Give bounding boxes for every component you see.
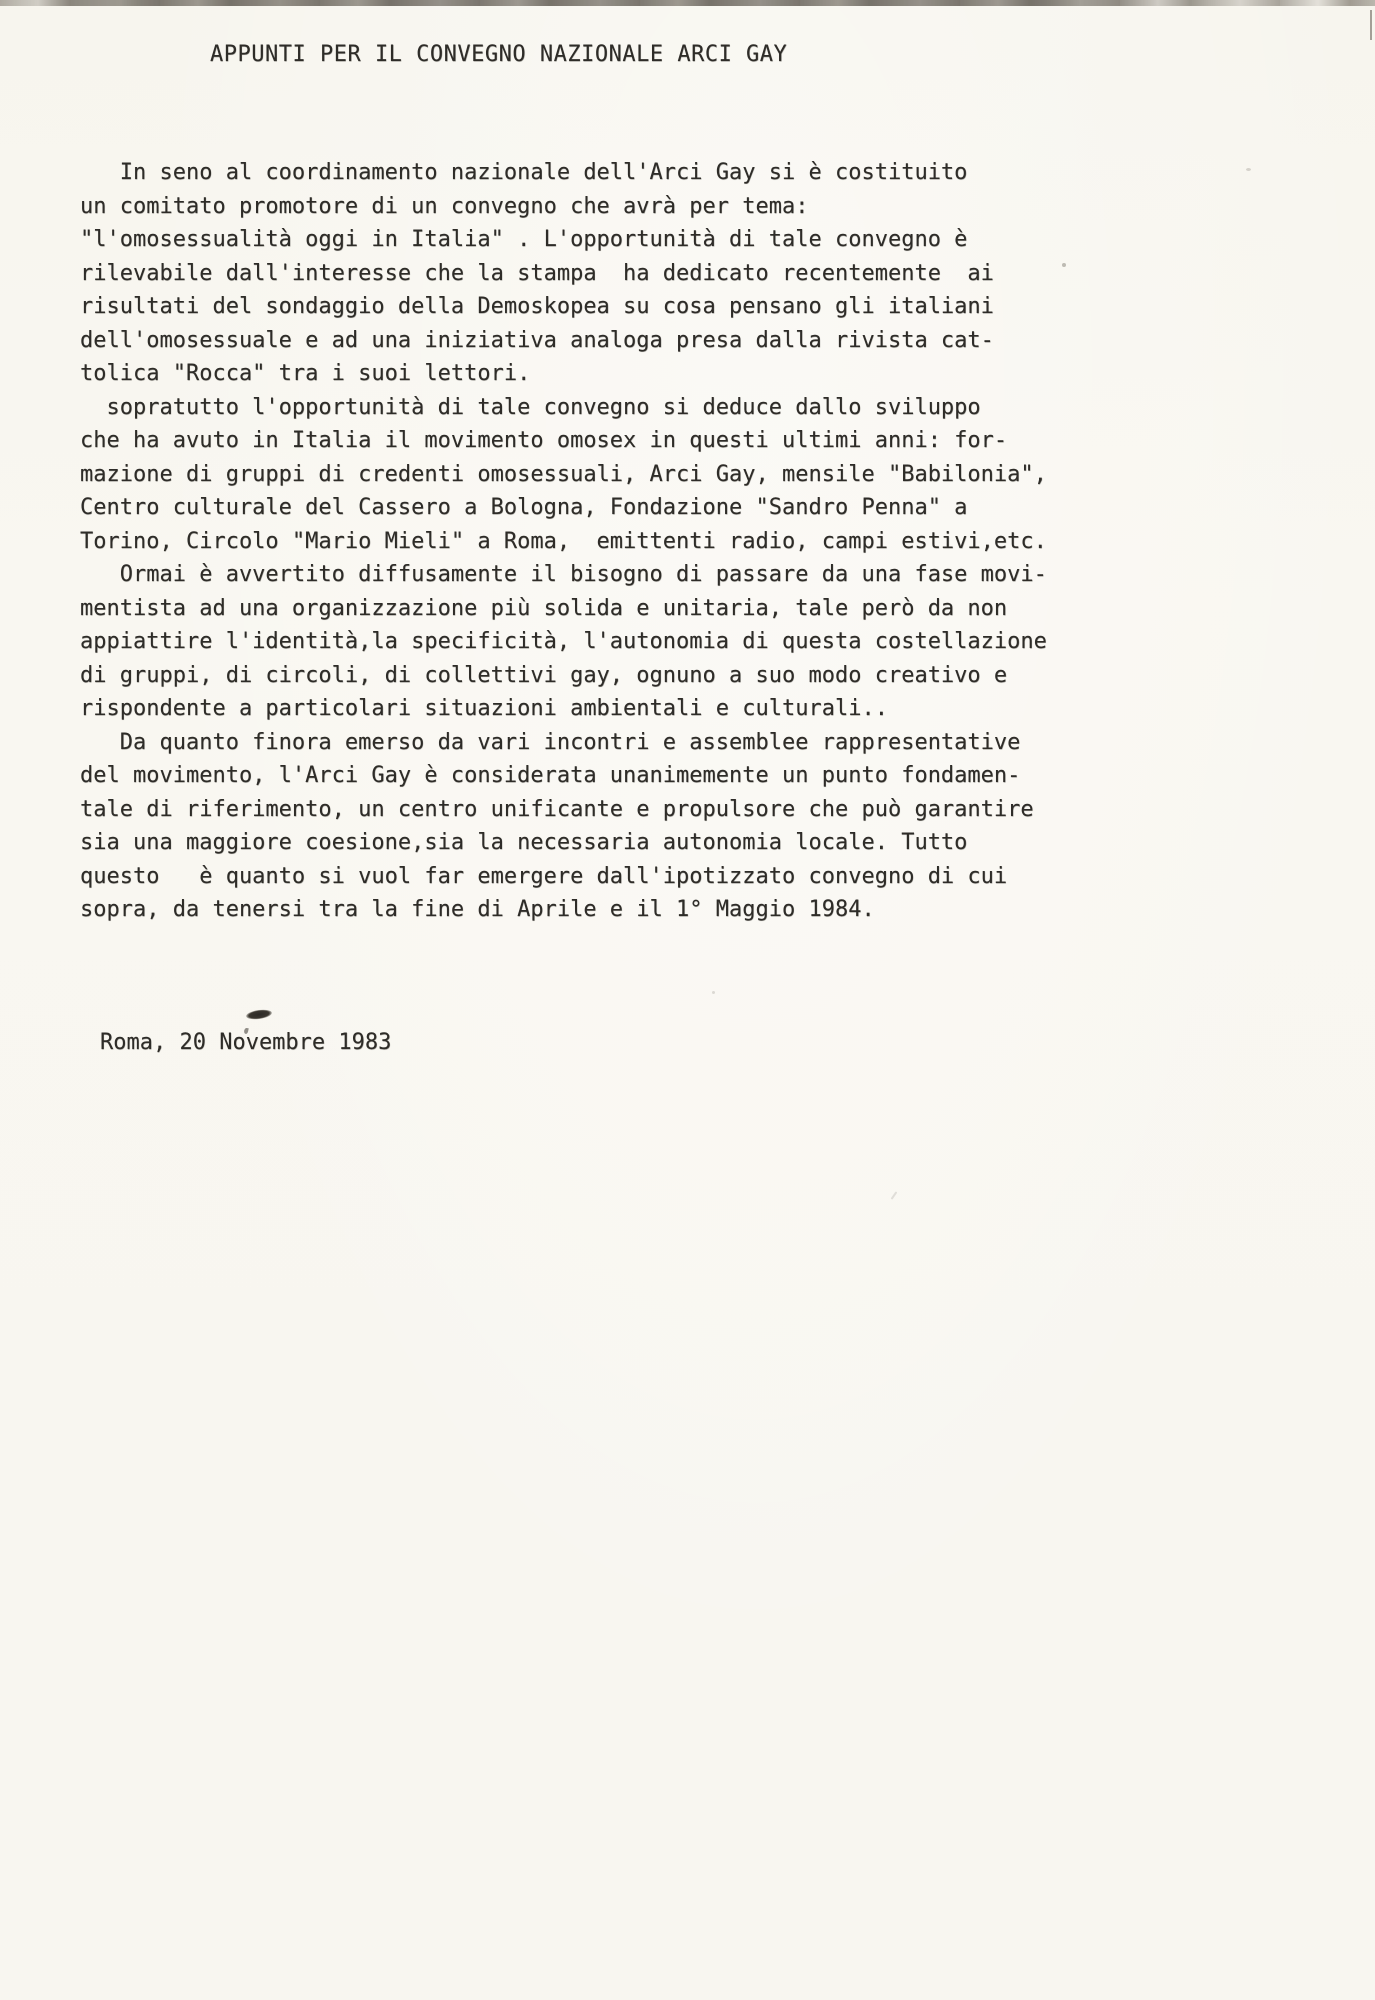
text-line: Torino, Circolo "Mario Mieli" a Roma, em…	[80, 525, 1330, 559]
ink-smudge	[246, 1008, 273, 1021]
text-line: risultati del sondaggio della Demoskopea…	[80, 290, 1330, 324]
text-line: rispondente a particolari situazioni amb…	[80, 692, 1330, 726]
scan-speck	[891, 1191, 898, 1200]
text-line: Ormai è avvertito diffusamente il bisogn…	[80, 558, 1330, 592]
text-line: questo è quanto si vuol far emergere dal…	[80, 860, 1330, 894]
text-line: appiattire l'identità,la specificità, l'…	[80, 625, 1330, 659]
document-text: In seno al coordinamento nazionale dell'…	[80, 156, 1330, 927]
text-line: di gruppi, di circoli, di collettivi gay…	[80, 659, 1330, 693]
text-line: tale di riferimento, un centro unificant…	[80, 793, 1330, 827]
scanner-edge-artifact	[0, 0, 1375, 6]
scan-speck	[712, 991, 715, 994]
document-title: APPUNTI PER IL CONVEGNO NAZIONALE ARCI G…	[210, 42, 1330, 68]
dateline: Roma, 20 Novembre 1983	[100, 1030, 391, 1055]
scan-speck	[1062, 263, 1066, 267]
text-line: tolica "Rocca" tra i suoi lettori.	[80, 357, 1330, 391]
text-line: In seno al coordinamento nazionale dell'…	[80, 156, 1330, 190]
document-body: APPUNTI PER IL CONVEGNO NAZIONALE ARCI G…	[80, 42, 1330, 927]
text-line: mazione di gruppi di credenti omosessual…	[80, 458, 1330, 492]
text-line: che ha avuto in Italia il movimento omos…	[80, 424, 1330, 458]
text-line: del movimento, l'Arci Gay è considerata …	[80, 759, 1330, 793]
text-line: Centro culturale del Cassero a Bologna, …	[80, 491, 1330, 525]
text-line: rilevabile dall'interesse che la stampa …	[80, 257, 1330, 291]
text-line: "l'omosessualità oggi in Italia" . L'opp…	[80, 223, 1330, 257]
text-line: sopratutto l'opportunità di tale convegn…	[80, 391, 1330, 425]
text-line: Da quanto finora emerso da vari incontri…	[80, 726, 1330, 760]
scan-speck	[1246, 168, 1251, 171]
text-line: sia una maggiore coesione,sia la necessa…	[80, 826, 1330, 860]
text-line: mentista ad una organizzazione più solid…	[80, 592, 1330, 626]
scanned-document-page: APPUNTI PER IL CONVEGNO NAZIONALE ARCI G…	[0, 0, 1375, 2000]
text-line: sopra, da tenersi tra la fine di Aprile …	[80, 893, 1330, 927]
scanner-edge-tick	[1370, 10, 1372, 40]
text-line: un comitato promotore di un convegno che…	[80, 190, 1330, 224]
text-line: dell'omosessuale e ad una iniziativa ana…	[80, 324, 1330, 358]
